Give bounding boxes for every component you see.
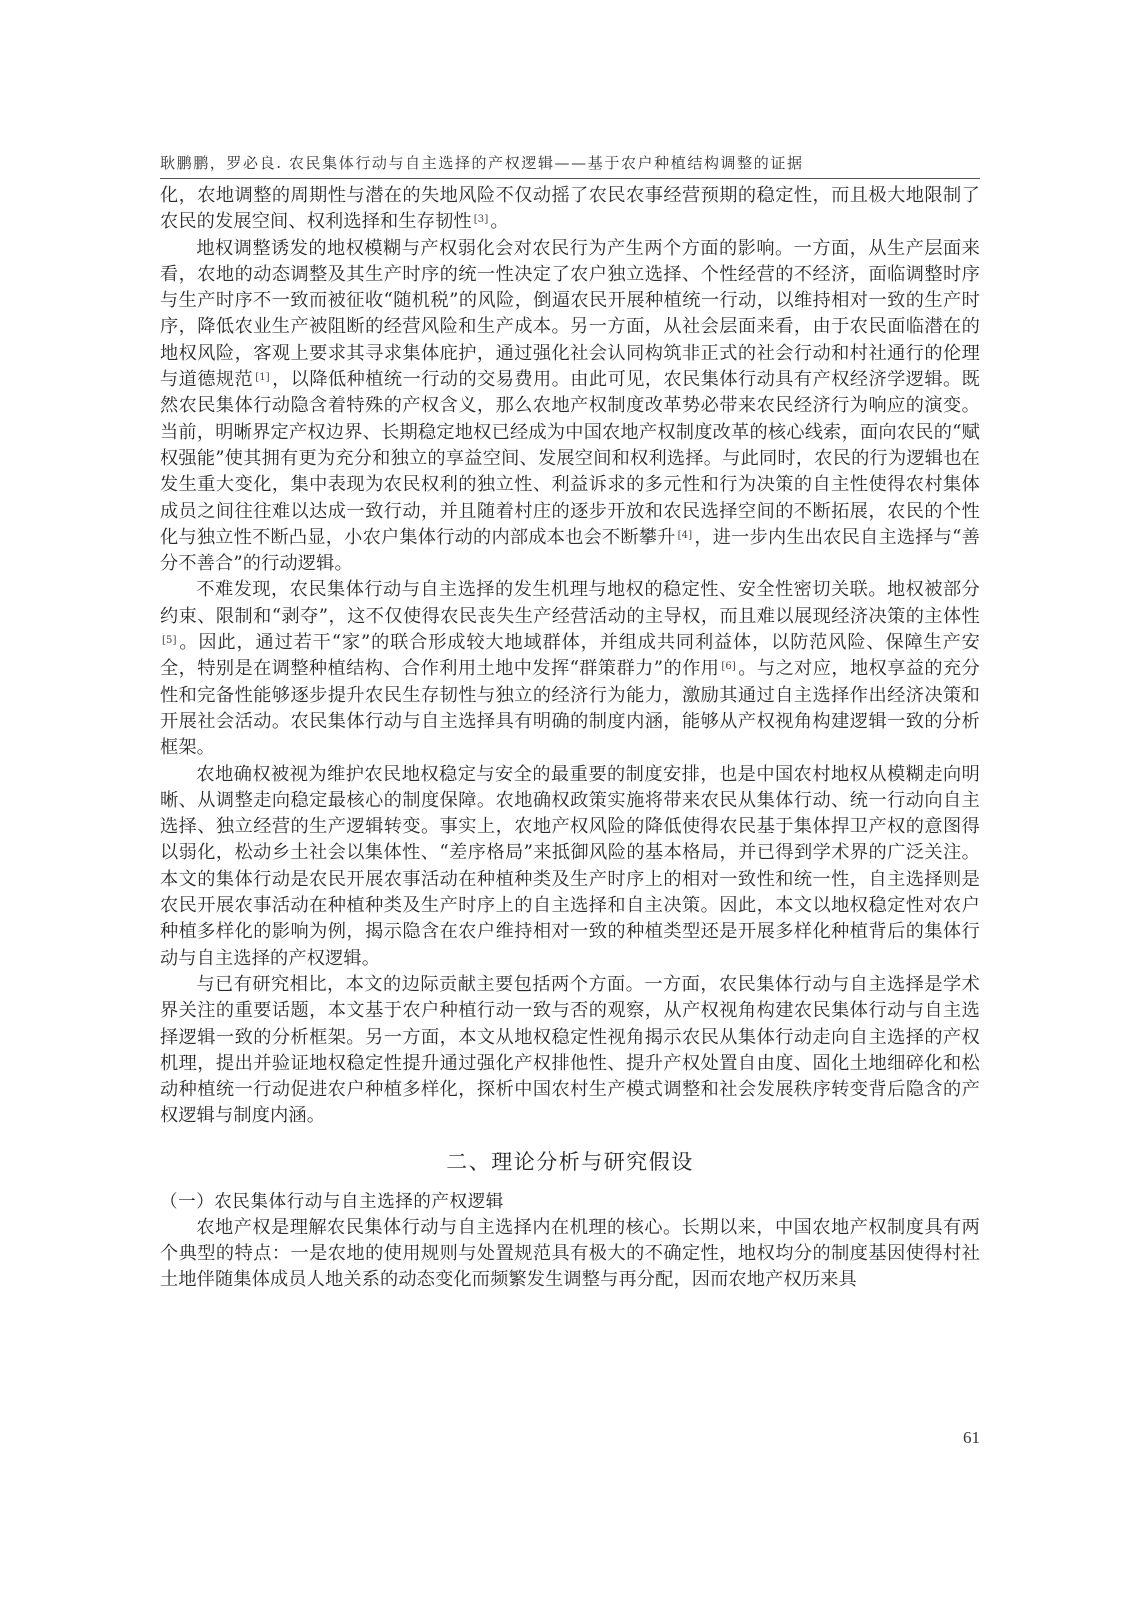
subsection-heading: （一）农民集体行动与自主选择的产权逻辑 [160,1189,980,1215]
body-paragraph: 农地确权被视为维护农民地权稳定与安全的最重要的制度安排，也是中国农村地权从模糊走… [160,762,980,972]
paragraph-text: 与已有研究相比，本文的边际贡献主要包括两个方面。一方面，农民集体行动与自主选择是… [160,974,980,1126]
citation-reference[interactable]: [5] [162,635,177,646]
intro-paragraphs: 化，农地调整的周期性与潜在的失地风险不仅动摇了农民农事经营预期的稳定性，而且极大… [160,183,980,1130]
page-number: 61 [963,1428,980,1448]
citation-reference[interactable]: [3] [474,214,489,225]
section-heading: 二、理论分析与研究假设 [160,1147,980,1177]
body-paragraph: 化，农地调整的周期性与潜在的失地风险不仅动摇了农民农事经营预期的稳定性，而且极大… [160,183,980,236]
citation-reference[interactable]: [6] [721,661,736,672]
paragraph-text: 化，农地调整的周期性与潜在的失地风险不仅动摇了农民农事经营预期的稳定性，而且极大… [160,185,980,232]
paragraph-text: 地权调整诱发的地权模糊与产权弱化会对农民行为产生两个方面的影响。一方面，从生产层… [160,238,980,390]
body-paragraph: 不难发现，农民集体行动与自主选择的发生机理与地权的稳定性、安全性密切关联。地权被… [160,577,980,761]
paragraph-text: 不难发现，农民集体行动与自主选择的发生机理与地权的稳定性、安全性密切关联。地权被… [160,579,980,626]
header-divider [160,178,980,179]
body-paragraph: 农地产权是理解农民集体行动与自主选择内在机理的核心。长期以来，中国农地产权制度具… [160,1215,980,1294]
citation-reference[interactable]: [4] [678,530,693,541]
article-body: 化，农地调整的周期性与潜在的失地风险不仅动摇了农民农事经营预期的稳定性，而且极大… [160,183,980,1294]
paragraph-text: 农地确权被视为维护农民地权稳定与安全的最重要的制度安排，也是中国农村地权从模糊走… [160,764,980,969]
running-header: 耿鹏鹏，罗必良. 农民集体行动与自主选择的产权逻辑——基于农户种植结构调整的证据 [160,152,980,173]
citation-reference[interactable]: [1] [255,372,270,383]
body-paragraph: 地权调整诱发的地权模糊与产权弱化会对农民行为产生两个方面的影响。一方面，从生产层… [160,236,980,578]
paragraph-text: ，以降低种植统一行动的交易费用。由此可见，农民集体行动具有产权经济学逻辑。既然农… [160,369,980,548]
paragraph-text: 。 [490,211,508,232]
body-paragraph: 与已有研究相比，本文的边际贡献主要包括两个方面。一方面，农民集体行动与自主选择是… [160,972,980,1130]
